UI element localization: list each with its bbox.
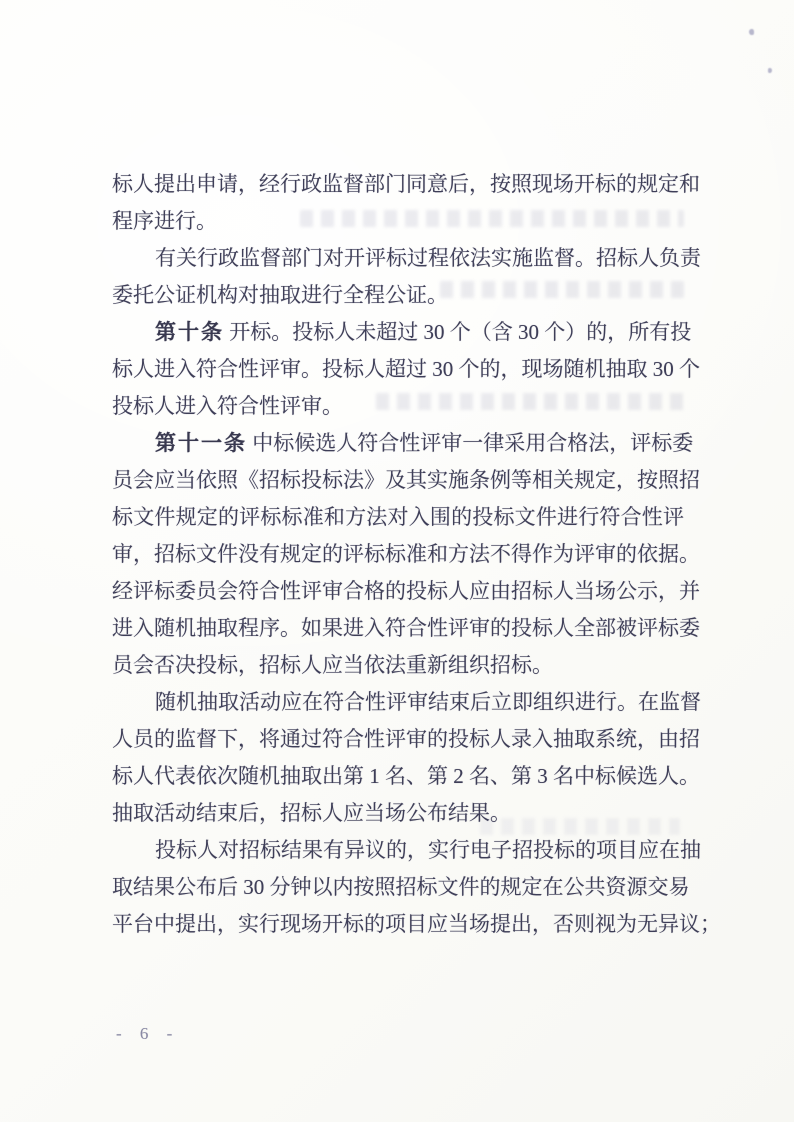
text-line: 第十条 开标。投标人未超过 30 个（含 30 个）的，所有投	[112, 314, 684, 351]
scanned-page: 标人提出申请，经行政监督部门同意后，按照现场开标的规定和程序进行。有关行政监督部…	[0, 0, 794, 1122]
document-text-block: 标人提出申请，经行政监督部门同意后，按照现场开标的规定和程序进行。有关行政监督部…	[112, 166, 684, 943]
text-line: 第十一条 中标候选人符合性评审一律采用合格法，评标委	[112, 425, 684, 462]
text-line: 投标人对招标结果有异议的，实行电子招投标的项目应在抽	[112, 832, 684, 869]
text-line: 员会否决投标，招标人应当依法重新组织招标。	[112, 647, 684, 684]
text-line: 标文件规定的评标标准和方法对入围的投标文件进行符合性评	[112, 499, 684, 536]
article-number: 第十条	[155, 321, 224, 344]
text-line: 抽取活动结束后，招标人应当场公布结果。	[112, 795, 684, 832]
article-number: 第十一条	[155, 432, 247, 455]
text-line: 标人提出申请，经行政监督部门同意后，按照现场开标的规定和	[112, 166, 684, 203]
text-line: 人员的监督下，将通过符合性评审的投标人录入抽取系统，由招	[112, 721, 684, 758]
text-line: 程序进行。	[112, 203, 684, 240]
text-line: 标人代表依次随机抽取出第 1 名、第 2 名、第 3 名中标候选人。	[112, 758, 684, 795]
text-line: 进入随机抽取程序。如果进入符合性评审的投标人全部被评标委	[112, 610, 684, 647]
text-line: 随机抽取活动应在符合性评审结束后立即组织进行。在监督	[112, 684, 684, 721]
scan-speck	[749, 29, 754, 35]
text-line: 审，招标文件没有规定的评标标准和方法不得作为评审的依据。	[112, 536, 684, 573]
text-line: 经评标委员会符合性评审合格的投标人应由招标人当场公示，并	[112, 573, 684, 610]
text-line: 取结果公布后 30 分钟以内按照招标文件的规定在公共资源交易	[112, 869, 684, 906]
text-line: 投标人进入符合性评审。	[112, 388, 684, 425]
text-line: 委托公证机构对抽取进行全程公证。	[112, 277, 684, 314]
text-line: 标人进入符合性评审。投标人超过 30 个的，现场随机抽取 30 个	[112, 351, 684, 388]
text-line: 平台中提出，实行现场开标的项目应当场提出，否则视为无异议；	[112, 906, 684, 943]
text-line: 有关行政监督部门对开评标过程依法实施监督。招标人负责	[112, 240, 684, 277]
scan-speck	[768, 68, 772, 73]
page-number: - 6 -	[116, 1024, 179, 1044]
text-line: 员会应当依照《招标投标法》及其实施条例等相关规定，按照招	[112, 462, 684, 499]
